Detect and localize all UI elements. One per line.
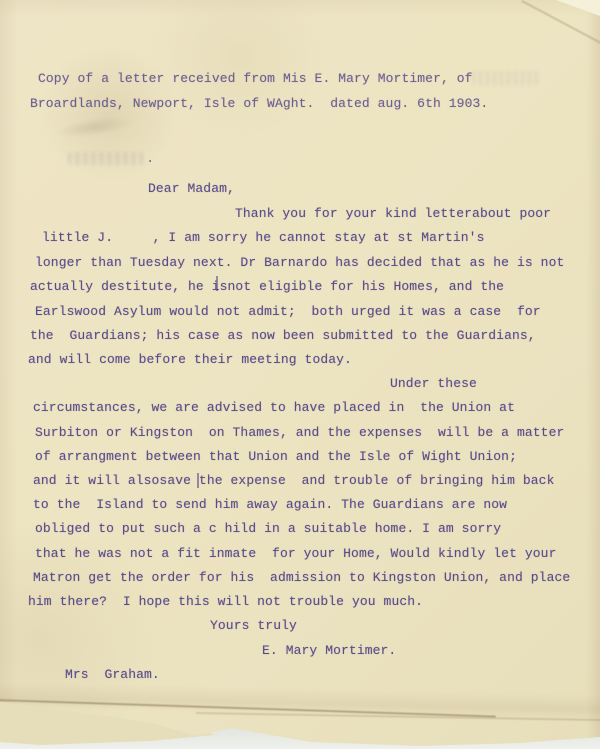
erased-line-period: .: [66, 151, 154, 166]
letter-paper: Copy of a letter received from Mis E. Ma…: [0, 0, 600, 749]
body-line: and it will alsosave the expense and tro…: [33, 473, 554, 488]
top-right-fold: [0, 0, 600, 60]
overstrike-mark: [197, 473, 199, 488]
signature: E. Mary Mortimer.: [262, 643, 396, 658]
overstrike-mark: [216, 276, 218, 291]
erased-text-smudge: [472, 71, 538, 85]
closing: Yours truly: [210, 618, 297, 633]
body-line: circumstances, we are advised to have pl…: [33, 400, 515, 415]
body-line: the Guardians; his case as now been subm…: [30, 328, 536, 343]
body-line: and will come before their meeting today…: [28, 352, 352, 367]
pencil-smudge: [54, 113, 136, 142]
body-line: little J. , I am sorry he cannot stay at…: [42, 230, 484, 245]
body-line: Matron get the order for his admission t…: [33, 570, 570, 585]
body-line: of arrangment between that Union and the…: [35, 449, 517, 464]
body-line: to the Island to send him away again. Th…: [33, 497, 507, 512]
salutation: Dear Madam,: [148, 181, 235, 196]
body-line: longer than Tuesday next. Dr Barnardo ha…: [35, 255, 564, 270]
body-line: actually destitute, he isnot eligible fo…: [30, 279, 504, 294]
body-line: him there? I hope this will not trouble …: [28, 594, 423, 609]
body-line: Under these: [390, 376, 477, 391]
addressee: Mrs Graham.: [65, 667, 160, 682]
body-line: Thank you for your kind letterabout poor: [235, 206, 551, 221]
body-line: Earlswood Asylum would not admit; both u…: [35, 304, 541, 319]
header-line-1: Copy of a letter received from Mis E. Ma…: [38, 71, 473, 86]
body-line: obliged to put such a c hild in a suitab…: [35, 521, 501, 536]
header-line-2: Broardlands, Newport, Isle of WAght. dat…: [30, 96, 488, 111]
body-line: Surbiton or Kingston on Thames, and the …: [35, 425, 564, 440]
body-line: that he was not a fit inmate for your Ho…: [35, 546, 556, 561]
